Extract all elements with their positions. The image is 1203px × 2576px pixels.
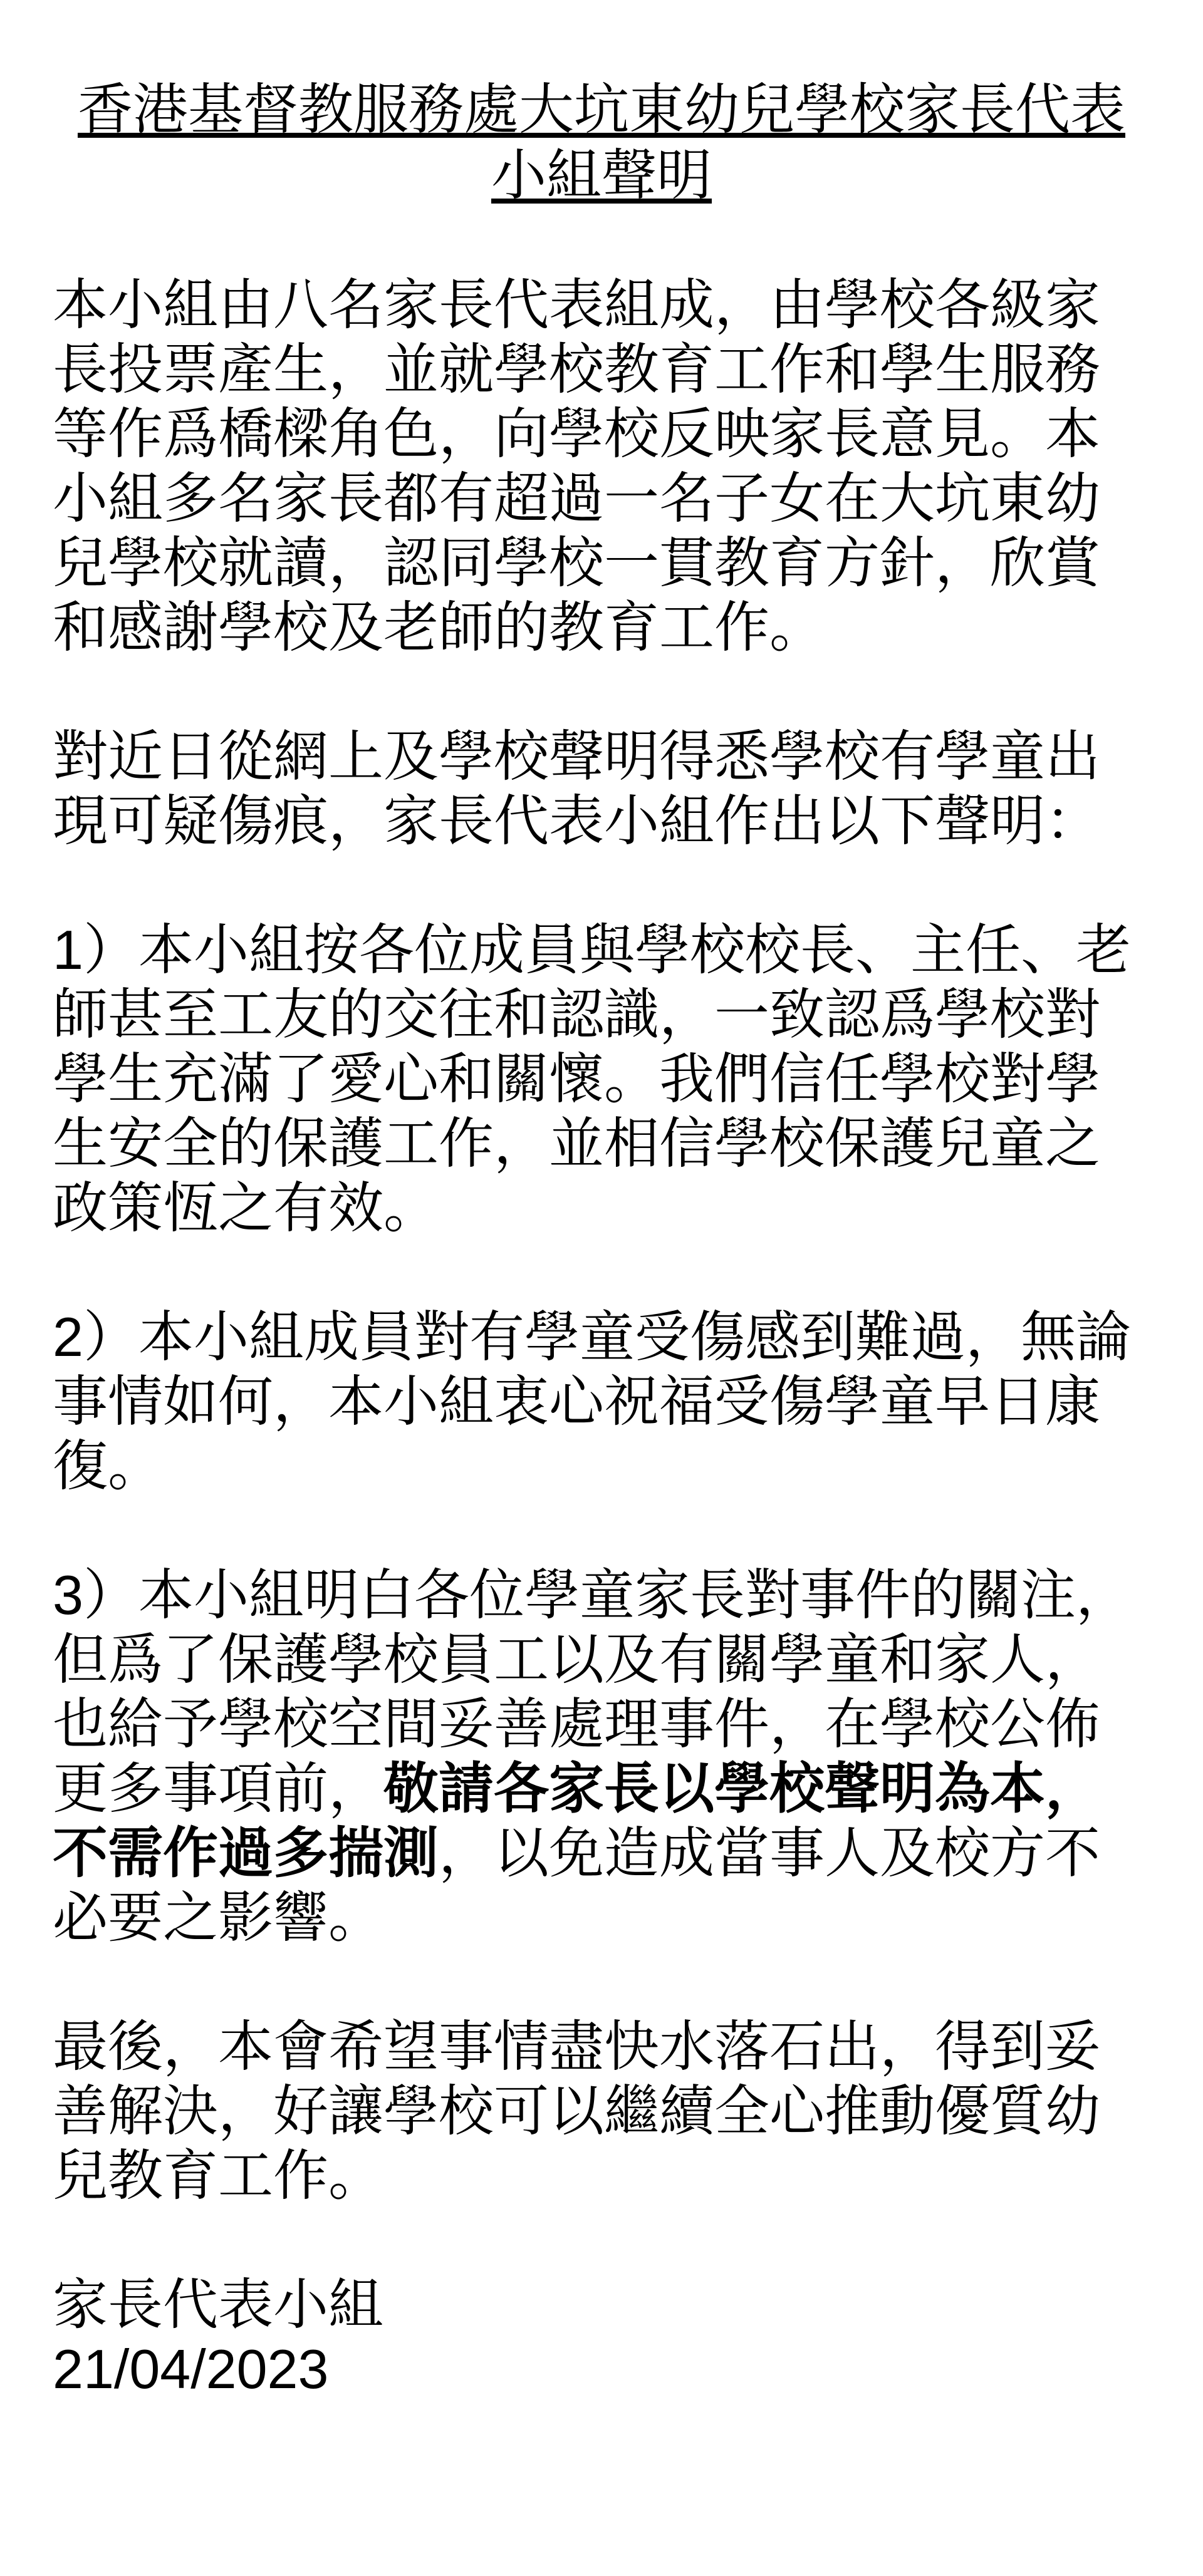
statement-item-3: 3）本小組明白各位學童家長對事件的關注，但爲了保護學校員工以及有關學童和家人，也… [53, 1563, 1150, 1950]
signature-name: 家長代表小組 [53, 2272, 1150, 2337]
intro-paragraph: 本小組由八名家長代表組成，由學校各級家長投票產生，並就學校教育工作和學生服務等作… [53, 272, 1150, 660]
statement-document: 香港基督教服務處大坑東幼兒學校家長代表小組聲明 本小組由八名家長代表組成，由學校… [53, 0, 1150, 2401]
statement-item-1: 1）本小組按各位成員與學校校長、主任、老師甚至工友的交往和認識，一致認爲學校對學… [53, 918, 1150, 1240]
closing-paragraph: 最後，本會希望事情盡快水落石出，得到妥善解決，好讓學校可以繼續全心推動優質幼兒教… [53, 2014, 1150, 2208]
document-page: { "page": { "title": "香港基督教服務處大坑東幼兒學校家長代… [0, 0, 1203, 2576]
signature-date: 21/04/2023 [53, 2337, 1150, 2401]
context-paragraph: 對近日從網上及學校聲明得悉學校有學童出現可疑傷痕，家長代表小組作出以下聲明： [53, 724, 1150, 853]
signature-block: 家長代表小組 21/04/2023 [53, 2272, 1150, 2401]
statement-item-2: 2）本小組成員對有學童受傷感到難過，無論事情如何，本小組衷心祝福受傷學童早日康復… [53, 1305, 1150, 1498]
document-title: 香港基督教服務處大坑東幼兒學校家長代表小組聲明 [53, 76, 1150, 208]
